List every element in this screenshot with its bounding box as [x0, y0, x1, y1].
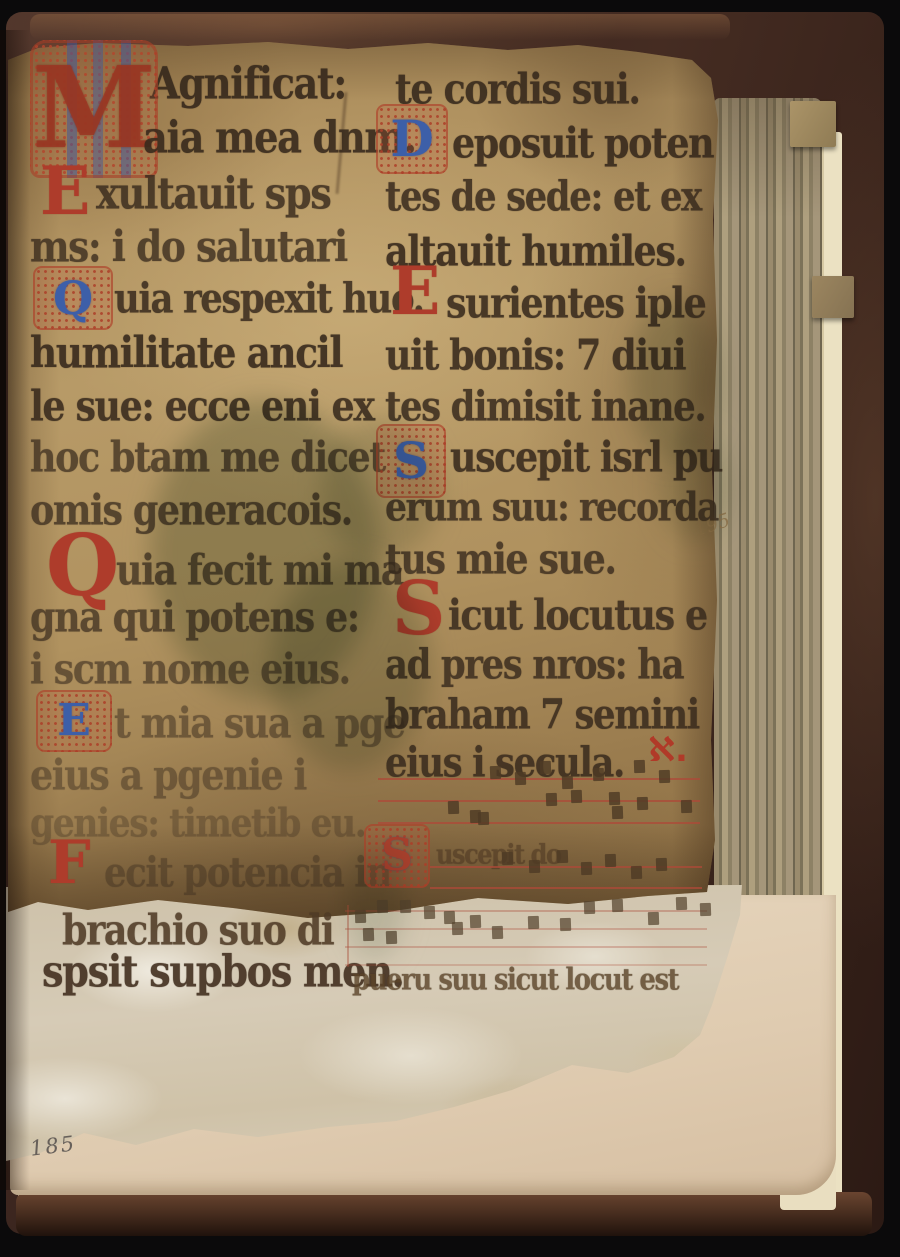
parchment-crease	[336, 92, 348, 194]
parchment-tab-upper	[790, 101, 836, 147]
green-stain-right-lower	[660, 430, 730, 540]
parchment-tab-lower	[812, 276, 854, 318]
green-stain-center	[270, 560, 430, 770]
green-stain-bottom	[345, 850, 405, 960]
leather-bottom-edge	[16, 1192, 872, 1236]
leather-top-highlight	[30, 14, 730, 40]
manuscript-photograph: ℵ. 195 185 Agnificat:Maia mea dnm.xultau…	[0, 0, 900, 1257]
green-stain-mid	[320, 420, 440, 560]
